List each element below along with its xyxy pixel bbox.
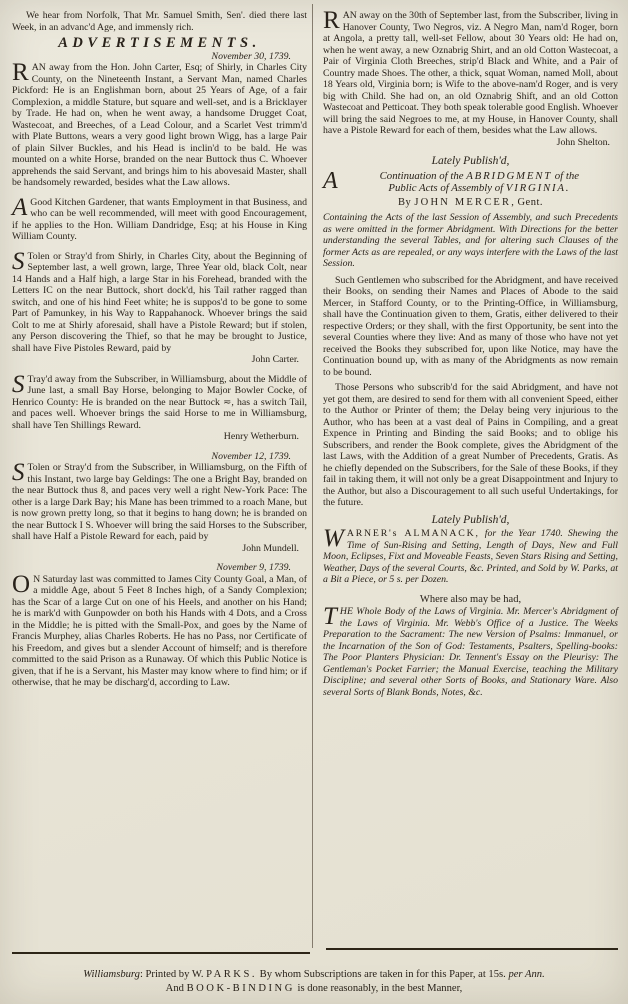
ad-two-geldings: STolen or Stray'd from the Subscriber, i… bbox=[12, 462, 307, 554]
imprint-text: By whom Subscriptions are taken in for t… bbox=[257, 969, 508, 980]
ad-kitchen-gardener: AGood Kitchen Gardener, that wants Emplo… bbox=[12, 197, 307, 243]
ad-body: Good Kitchen Gardener, that wants Employ… bbox=[12, 197, 307, 243]
ad-signature: John Carter. bbox=[12, 354, 307, 366]
drop-cap-R: R bbox=[323, 10, 343, 31]
ad-body: AN away on the 30th of September last, f… bbox=[323, 10, 618, 136]
mercer-byline: By JOHN MERCER, Gent. bbox=[323, 197, 618, 209]
imprint-text: is done reasonably, in the best Manner, bbox=[295, 983, 462, 994]
ad-body: N Saturday last was committed to James C… bbox=[12, 574, 307, 689]
ad-body: Tolen or Stray'd from the Subscriber, in… bbox=[12, 462, 307, 542]
imprint-place: Williamsburg bbox=[83, 969, 140, 980]
ad-date-november-9: November 9, 1739. bbox=[12, 562, 307, 574]
mercer-contents-paragraph: Containing the Acts of the last Session … bbox=[323, 212, 618, 270]
almanack-title: ARNER's ALMANACK, bbox=[347, 528, 480, 539]
printer-imprint: Williamsburg: Printed by W. PARKS. By wh… bbox=[8, 968, 620, 996]
drop-cap-W: W bbox=[323, 528, 347, 549]
lately-published-heading: Lately Publish'd, bbox=[323, 156, 618, 168]
page-columns: We hear from Norfolk, That Mr. Samuel Sm… bbox=[0, 0, 628, 706]
ad-date-november-30: November 30, 1739. bbox=[12, 51, 307, 63]
byline-text: By bbox=[398, 197, 414, 208]
left-column: We hear from Norfolk, That Mr. Samuel Sm… bbox=[12, 10, 307, 706]
imprint-printer-name: PARKS. bbox=[206, 969, 257, 980]
ad-signature: Henry Wetherburn. bbox=[12, 431, 307, 443]
mercer-subscribers-paragraph: Such Gentlemen who subscribed for the Ab… bbox=[323, 275, 618, 379]
books-list: HE Whole Body of the Laws of Virginia. M… bbox=[323, 606, 618, 698]
mercer-notice-paragraph: Those Persons who subscrib'd for the sai… bbox=[323, 382, 618, 509]
ad-warners-almanack: WARNER's ALMANACK, for the Year 1740. Sh… bbox=[323, 528, 618, 586]
imprint-text: And bbox=[166, 983, 187, 994]
drop-cap-R: R bbox=[12, 62, 32, 83]
mercer-abridgment-title: AContinuation of the ABRIDGMENT of the P… bbox=[323, 170, 618, 195]
title-text: of the bbox=[552, 170, 579, 182]
ad-runaway-negroes: RAN away on the 30th of September last, … bbox=[323, 10, 618, 148]
title-text: Continuation of the bbox=[380, 170, 467, 182]
drop-cap-S: S bbox=[12, 251, 28, 272]
imprint-line-2: And BOOK-BINDING is done reasonably, in … bbox=[8, 982, 620, 996]
ad-body: AN away from the Hon. John Carter, Esq; … bbox=[12, 62, 307, 188]
byline-author: JOHN MERCER bbox=[414, 197, 511, 208]
byline-text: , Gent. bbox=[511, 197, 543, 208]
ad-stolen-black-colt: STolen or Stray'd from Shirly, in Charle… bbox=[12, 251, 307, 366]
drop-cap-A: A bbox=[323, 170, 341, 191]
ad-body: Tray'd away from the Subscriber, in Will… bbox=[12, 374, 307, 431]
imprint-line-1: Williamsburg: Printed by W. PARKS. By wh… bbox=[8, 968, 620, 982]
imprint-bookbinding: BOOK-BINDING bbox=[187, 983, 295, 994]
bottom-rule-left bbox=[12, 952, 310, 954]
title-text: Public Acts of Assembly of bbox=[388, 182, 505, 194]
drop-cap-S: S bbox=[12, 374, 28, 395]
imprint-text: : Printed by W. bbox=[140, 969, 206, 980]
almanack-title-year: for the Year 1740. bbox=[480, 528, 563, 539]
ad-committed-runaway: ON Saturday last was committed to James … bbox=[12, 574, 307, 689]
bottom-rule-right bbox=[326, 948, 618, 950]
right-column: RAN away on the 30th of September last, … bbox=[323, 10, 618, 706]
column-divider-rule bbox=[312, 4, 313, 948]
ad-signature: John Shelton. bbox=[323, 137, 618, 149]
ad-date-november-12: November 12, 1739. bbox=[12, 451, 307, 463]
ad-books-for-sale: THE Whole Body of the Laws of Virginia. … bbox=[323, 606, 618, 698]
drop-cap-S: S bbox=[12, 462, 28, 483]
ad-strayed-bay-horse: STray'd away from the Subscriber, in Wil… bbox=[12, 374, 307, 443]
title-virginia: VIRGINIA. bbox=[506, 182, 570, 194]
imprint-text: per Ann. bbox=[508, 969, 544, 980]
drop-cap-A: A bbox=[12, 197, 30, 218]
newspaper-page: We hear from Norfolk, That Mr. Samuel Sm… bbox=[0, 0, 628, 1004]
advertisements-heading: ADVERTISEMENTS. bbox=[12, 38, 307, 50]
ad-signature: John Mundell. bbox=[12, 543, 307, 555]
lately-published-heading: Lately Publish'd, bbox=[323, 515, 618, 527]
news-item-norfolk: We hear from Norfolk, That Mr. Samuel Sm… bbox=[12, 10, 307, 33]
where-also-heading: Where also may be had, bbox=[323, 594, 618, 606]
drop-cap-T: T bbox=[323, 606, 340, 627]
drop-cap-O: O bbox=[12, 574, 33, 595]
ad-runaway-servant: RAN away from the Hon. John Carter, Esq;… bbox=[12, 62, 307, 189]
ad-body: Tolen or Stray'd from Shirly, in Charles… bbox=[12, 251, 307, 354]
title-abridgment: ABRIDGMENT bbox=[466, 170, 552, 182]
